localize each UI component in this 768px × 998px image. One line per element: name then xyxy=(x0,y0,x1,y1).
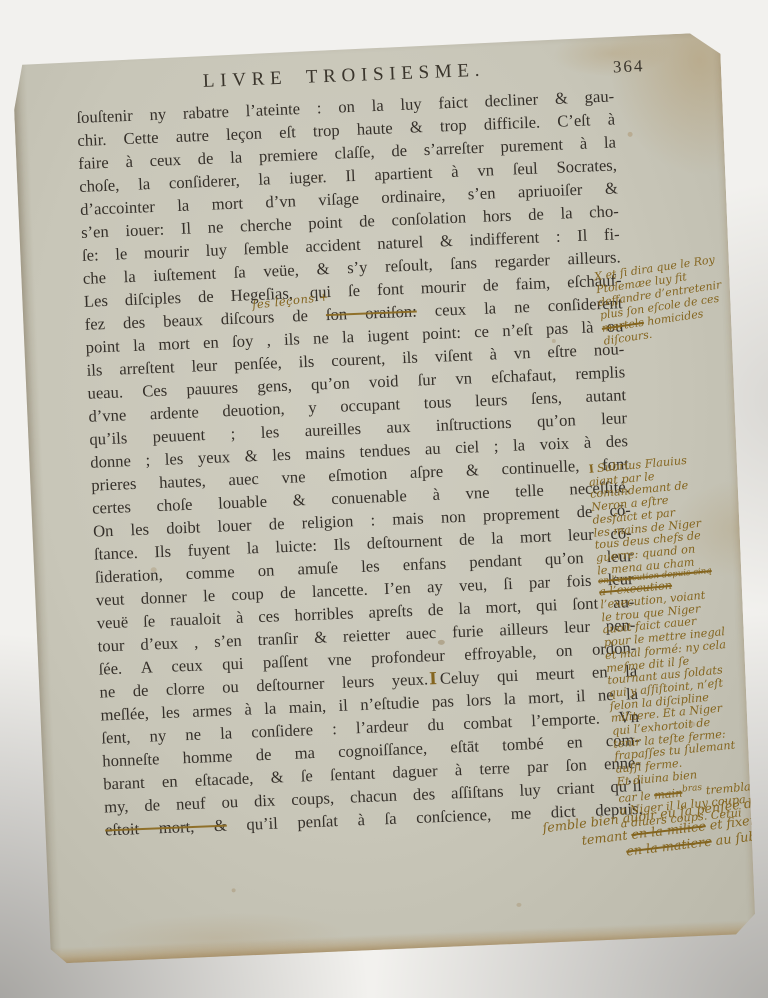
page-stain xyxy=(87,908,349,968)
fox-spot xyxy=(232,888,236,892)
fox-spot xyxy=(516,903,521,907)
superscript-correction: bras xyxy=(682,782,703,794)
strikethrough-text: eſtoit mort, & xyxy=(105,816,227,840)
book-page: LIVRE TROISIESME. 364 ſouſtenir ny rabat… xyxy=(12,32,756,964)
strikethrough-text: ſon oraiſon: xyxy=(326,302,418,325)
fox-spot xyxy=(628,132,633,137)
page-number: 364 xyxy=(613,56,645,77)
insertion-bar: I xyxy=(428,668,441,688)
printed-text-block: ſouſtenir ny rabatre l’ateinte : on la l… xyxy=(76,84,643,841)
photo-of-book-page: LIVRE TROISIESME. 364 ſouſtenir ny rabat… xyxy=(0,0,768,998)
